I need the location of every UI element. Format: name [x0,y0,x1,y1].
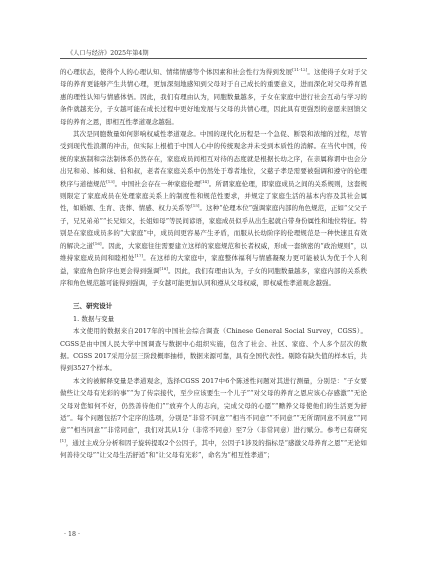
citation: [11-12] [292,67,307,72]
citation: [16] [93,241,101,246]
citation: [17] [135,253,143,258]
citation: [18] [160,266,168,271]
paragraph-3: 本文使用的数据来自2017年的中国社会综合调查（Chinese General … [60,325,367,375]
section-title: 三、研究设计 [60,300,367,312]
paragraph-2: 其次是同胞数量如何影响权威性孝道观念。中国的现代化历程是一个急促、断裂和浓缩的过… [60,128,367,289]
article-body: 的心理状态，使得个人的心理认知、情绪情感等个体因素和社会性行为得到发展[11-1… [60,66,367,462]
subsection-title: 1. 数据与变量 [60,313,367,325]
citation: [15] [191,203,199,208]
journal-header: 《人口与经济》2025年第4期 [67,48,149,57]
citation: [14] [200,179,208,184]
paragraph-1: 的心理状态，使得个人的心理认知、情绪情感等个体因素和社会性行为得到发展[11-1… [60,66,367,128]
paragraph-4: 本文的被解释变量是孝道观念，选择CGSS 2017中6个陈述性问题对其进行测量，… [60,375,367,462]
page-number: · 18 · [64,531,80,538]
citation: [13] [106,179,114,184]
header-divider [60,58,367,59]
